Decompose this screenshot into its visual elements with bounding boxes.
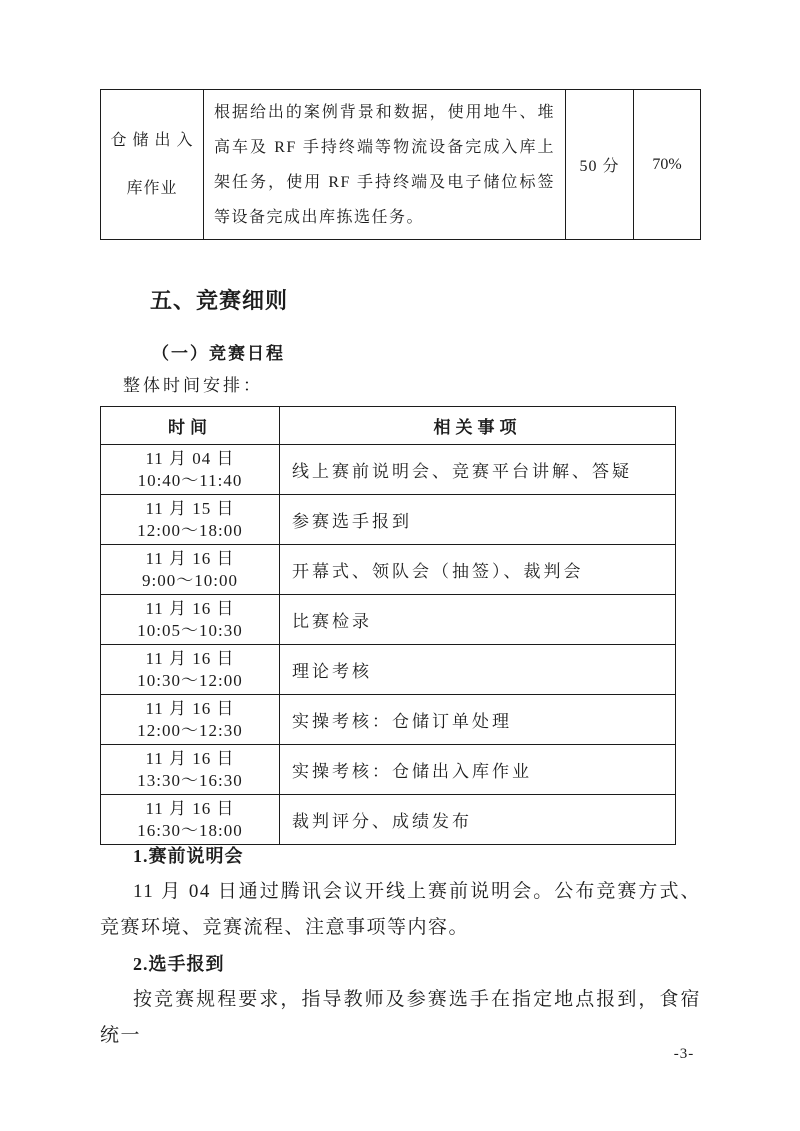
note-heading-1: 1.赛前说明会 [100, 838, 701, 874]
schedule-time: 10:30～12:00 [101, 670, 279, 692]
schedule-row: 11 月 15 日 12:00～18:00 参赛选手报到 [101, 495, 676, 545]
schedule-event-cell: 参赛选手报到 [280, 495, 676, 545]
schedule-row: 11 月 04 日 10:40～11:40 线上赛前说明会、竞赛平台讲解、答疑 [101, 445, 676, 495]
score-table: 仓 储 出 入 库作业 根据给出的案例背景和数据，使用地牛、堆高车及 RF 手持… [100, 89, 701, 240]
page-number: -3- [664, 1046, 704, 1063]
section-heading: 五、竞赛细则 [150, 284, 288, 315]
schedule-date: 11 月 15 日 [101, 498, 279, 520]
schedule-date: 11 月 16 日 [101, 598, 279, 620]
schedule-date: 11 月 16 日 [101, 698, 279, 720]
score-table-row: 仓 储 出 入 库作业 根据给出的案例背景和数据，使用地牛、堆高车及 RF 手持… [101, 90, 701, 240]
score-weight-cell: 70% [634, 90, 701, 240]
schedule-row: 11 月 16 日 16:30～18:00 裁判评分、成绩发布 [101, 795, 676, 845]
schedule-time: 13:30～16:30 [101, 770, 279, 792]
score-description-cell: 根据给出的案例背景和数据，使用地牛、堆高车及 RF 手持终端等物流设备完成入库上… [204, 90, 566, 240]
score-description-text: 根据给出的案例背景和数据，使用地牛、堆高车及 RF 手持终端等物流设备完成入库上… [214, 95, 555, 235]
schedule-event-cell: 裁判评分、成绩发布 [280, 795, 676, 845]
schedule-table: 时间 相关事项 11 月 04 日 10:40～11:40 线上赛前说明会、竞赛… [100, 406, 676, 845]
schedule-date: 11 月 16 日 [101, 648, 279, 670]
schedule-event-cell: 线上赛前说明会、竞赛平台讲解、答疑 [280, 445, 676, 495]
document-page: 仓 储 出 入 库作业 根据给出的案例背景和数据，使用地牛、堆高车及 RF 手持… [0, 0, 800, 1131]
schedule-row: 11 月 16 日 12:00～12:30 实操考核：仓储订单处理 [101, 695, 676, 745]
schedule-time: 10:05～10:30 [101, 620, 279, 642]
schedule-event-cell: 比赛检录 [280, 595, 676, 645]
schedule-date: 11 月 16 日 [101, 798, 279, 820]
schedule-date: 11 月 16 日 [101, 548, 279, 570]
schedule-date: 11 月 16 日 [101, 748, 279, 770]
schedule-event-cell: 开幕式、领队会（抽签）、裁判会 [280, 545, 676, 595]
score-term-line2: 库作业 [101, 165, 203, 213]
schedule-row: 11 月 16 日 10:30～12:00 理论考核 [101, 645, 676, 695]
schedule-header-event: 相关事项 [280, 407, 676, 445]
note-heading-2: 2.选手报到 [100, 946, 701, 982]
schedule-time-cell: 11 月 16 日 12:00～12:30 [101, 695, 280, 745]
score-term-cell: 仓 储 出 入 库作业 [101, 90, 204, 240]
score-points-cell: 50 分 [566, 90, 634, 240]
schedule-event-cell: 实操考核：仓储出入库作业 [280, 745, 676, 795]
schedule-time: 12:00～18:00 [101, 520, 279, 542]
schedule-time-cell: 11 月 16 日 10:05～10:30 [101, 595, 280, 645]
schedule-event-cell: 理论考核 [280, 645, 676, 695]
score-term-line1: 仓 储 出 入 [101, 117, 203, 165]
schedule-header-row: 时间 相关事项 [101, 407, 676, 445]
schedule-event-cell: 实操考核：仓储订单处理 [280, 695, 676, 745]
schedule-row: 11 月 16 日 9:00～10:00 开幕式、领队会（抽签）、裁判会 [101, 545, 676, 595]
schedule-time-cell: 11 月 04 日 10:40～11:40 [101, 445, 280, 495]
schedule-date: 11 月 04 日 [101, 448, 279, 470]
notes-section: 1.赛前说明会 11 月 04 日通过腾讯会议开线上赛前说明会。公布竞赛方式、竞… [100, 838, 701, 1054]
schedule-row: 11 月 16 日 10:05～10:30 比赛检录 [101, 595, 676, 645]
schedule-time: 12:00～12:30 [101, 720, 279, 742]
schedule-time: 9:00～10:00 [101, 570, 279, 592]
note-body-1: 11 月 04 日通过腾讯会议开线上赛前说明会。公布竞赛方式、竞赛环境、竞赛流程… [100, 874, 701, 946]
schedule-time-cell: 11 月 16 日 13:30～16:30 [101, 745, 280, 795]
schedule-time-cell: 11 月 15 日 12:00～18:00 [101, 495, 280, 545]
schedule-header-time: 时间 [101, 407, 280, 445]
schedule-time-cell: 11 月 16 日 16:30～18:00 [101, 795, 280, 845]
schedule-row: 11 月 16 日 13:30～16:30 实操考核：仓储出入库作业 [101, 745, 676, 795]
schedule-time-cell: 11 月 16 日 9:00～10:00 [101, 545, 280, 595]
note-body-2: 按竞赛规程要求，指导教师及参赛选手在指定地点报到，食宿统一 [100, 982, 701, 1054]
subsection-heading: （一）竞赛日程 [152, 339, 285, 364]
schedule-time: 10:40～11:40 [101, 470, 279, 492]
schedule-time-cell: 11 月 16 日 10:30～12:00 [101, 645, 280, 695]
lead-text: 整体时间安排： [123, 371, 263, 396]
